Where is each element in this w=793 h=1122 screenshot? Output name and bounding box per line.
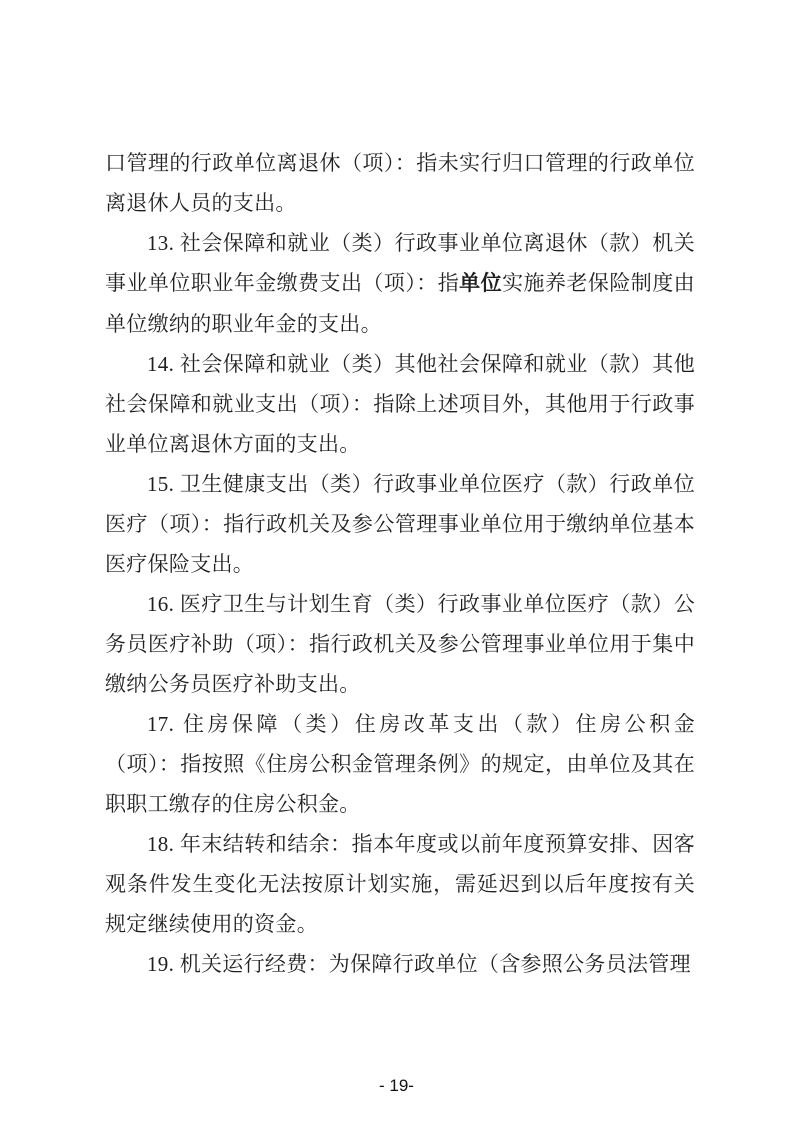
paragraph-bold-text: 单位 <box>459 272 502 295</box>
paragraph-text: 16. 医疗卫生与计划生育（类）行政事业单位医疗（款）公务员医疗补助（项）：指行… <box>105 592 695 696</box>
paragraph-text: 14. 社会保障和就业（类）其他社会保障和就业（款）其他社会保障和就业支出（项）… <box>105 352 695 456</box>
paragraph-text: 口管理的行政单位离退休（项）：指未实行归口管理的行政单位离退休人员的支出。 <box>105 151 695 215</box>
paragraph-item-14: 14. 社会保障和就业（类）其他社会保障和就业（款）其他社会保障和就业支出（项）… <box>105 344 695 464</box>
paragraph-text: 15. 卫生健康支出（类）行政事业单位医疗（款）行政单位医疗（项）：指行政机关及… <box>105 472 695 576</box>
paragraph-text: 18. 年末结转和结余：指本年度或以前年度预算安排、因客观条件发生变化无法按原计… <box>105 832 695 936</box>
paragraph-text: 17. 住房保障（类）住房改革支出（款）住房公积金（项）：指按照《住房公积金管理… <box>105 712 695 816</box>
paragraph-item-13: 13. 社会保障和就业（类）行政事业单位离退休（款）机关事业单位职业年金缴费支出… <box>105 223 695 344</box>
paragraph-item-16: 16. 医疗卫生与计划生育（类）行政事业单位医疗（款）公务员医疗补助（项）：指行… <box>105 584 695 704</box>
paragraph-item-19: 19. 机关运行经费：为保障行政单位（含参照公务员法管理 <box>105 944 695 984</box>
paragraph-item-17: 17. 住房保障（类）住房改革支出（款）住房公积金（项）：指按照《住房公积金管理… <box>105 704 695 824</box>
paragraph-item-15: 15. 卫生健康支出（类）行政事业单位医疗（款）行政单位医疗（项）：指行政机关及… <box>105 464 695 584</box>
document-body: 口管理的行政单位离退休（项）：指未实行归口管理的行政单位离退休人员的支出。 13… <box>105 143 695 984</box>
page-number: - 19- <box>0 1076 793 1096</box>
paragraph-continuation: 口管理的行政单位离退休（项）：指未实行归口管理的行政单位离退休人员的支出。 <box>105 143 695 223</box>
document-page: 口管理的行政单位离退休（项）：指未实行归口管理的行政单位离退休人员的支出。 13… <box>0 0 793 1122</box>
paragraph-item-18: 18. 年末结转和结余：指本年度或以前年度预算安排、因客观条件发生变化无法按原计… <box>105 824 695 944</box>
paragraph-text: 19. 机关运行经费：为保障行政单位（含参照公务员法管理 <box>147 952 691 976</box>
